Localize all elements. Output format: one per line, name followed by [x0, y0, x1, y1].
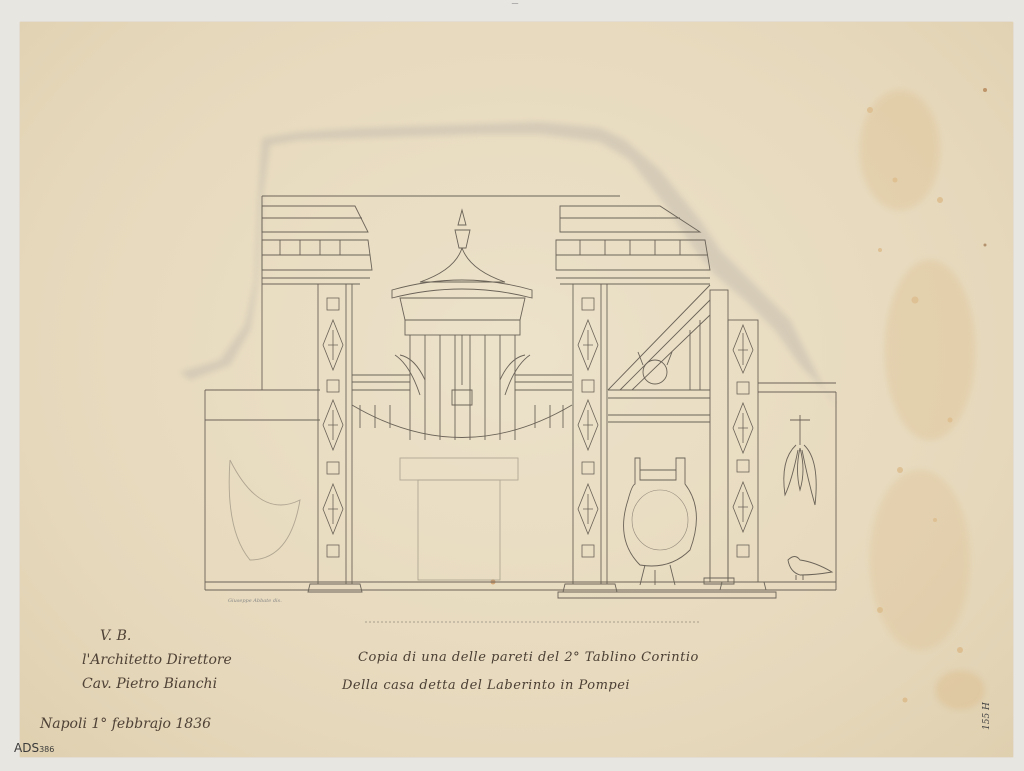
caption-line-1: Copia di una delle pareti del 2° Tablino… — [358, 650, 699, 665]
margin-note: 155 H — [982, 702, 992, 730]
fragment-outline-stain — [180, 122, 835, 408]
pilaster-ornaments — [323, 298, 753, 557]
archive-number: 386 — [39, 745, 54, 754]
caption-line-2: Della casa detta del Laberinto in Pompei — [342, 678, 630, 693]
archive-id: ADS — [14, 741, 39, 755]
line-work — [205, 196, 836, 622]
annotation-line-2: l'Architetto Direttore — [82, 652, 232, 668]
archive-stamp: ADS386 — [14, 741, 54, 755]
artist-signature: Giuseppe Abbate dis. — [228, 598, 282, 604]
annotation-line-1: V. B. — [100, 628, 131, 644]
foxing-stains — [491, 88, 988, 710]
annotation-date: Napoli 1° febbrajo 1836 — [40, 716, 211, 732]
annotation-line-3: Cav. Pietro Bianchi — [82, 676, 217, 692]
